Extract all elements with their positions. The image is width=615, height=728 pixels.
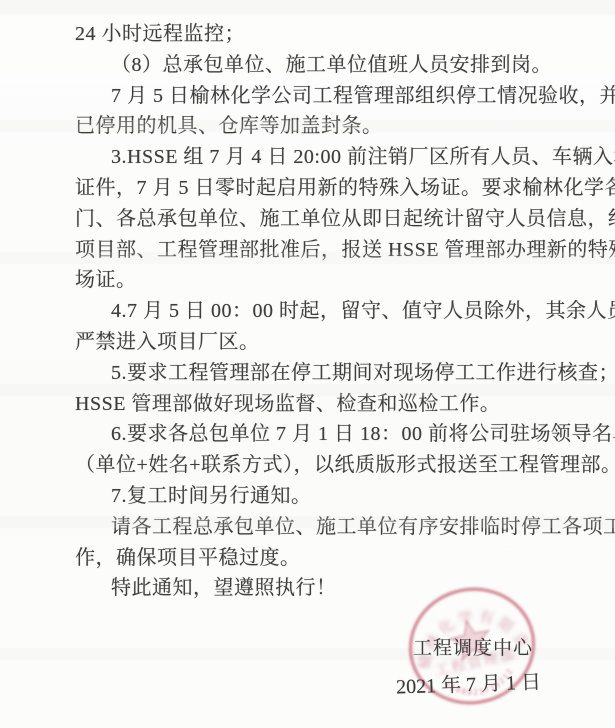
doc-line: 7 月 5 日榆林化学公司工程管理部组织停工情况验收，并对 [75,81,555,112]
doc-line: 24 小时远程监控； [75,19,555,50]
doc-line: 严禁进入项目厂区。 [75,327,555,358]
doc-line: 5.要求工程管理部在停工期间对现场停工工作进行核查； [75,358,555,389]
doc-line: 场证。 [75,265,555,296]
doc-line: 门、各总承包单位、施工单位从即日起统计留守人员信息，经 [75,204,555,235]
doc-line: 证件，7 月 5 日零时起启用新的特殊入场证。要求榆林化学各部 [75,173,555,204]
document-page: 24 小时远程监控； （8）总承包单位、施工单位值班人员安排到岗。 7 月 5 … [0,0,615,728]
signature-date: 2021 年 7 月 1 日 [396,665,542,699]
doc-line: 3.HSSE 组 7 月 4 日 20:00 前注销厂区所有人员、车辆入场 [75,142,555,173]
doc-line: HSSE 管理部做好现场监督、检查和巡检工作。 [75,389,555,420]
doc-line: 4.7 月 5 日 00：00 时起，留守、值守人员除外，其余人员 [75,296,555,327]
doc-line: 已停用的机具、仓库等加盖封条。 [75,111,555,142]
notice-body: 24 小时远程监控； （8）总承包单位、施工单位值班人员安排到岗。 7 月 5 … [75,19,555,604]
doc-line: 6.要求各总包单位 7 月 1 日 18：00 前将公司驻场领导名单 [75,419,555,450]
signature-org: 工程调度中心 [413,633,533,660]
doc-line: 7.复工时间另行通知。 [75,481,555,512]
doc-line: 作，确保项目平稳过度。 [75,543,555,574]
doc-line: 项目部、工程管理部批准后，报送 HSSE 管理部办理新的特殊入 [75,235,555,266]
doc-line: （单位+姓名+联系方式），以纸质版形式报送至工程管理部。 [75,450,555,481]
doc-line: （8）总承包单位、施工单位值班人员安排到岗。 [75,50,555,81]
doc-line: 请各工程总承包单位、施工单位有序安排临时停工各项工 [75,512,555,543]
